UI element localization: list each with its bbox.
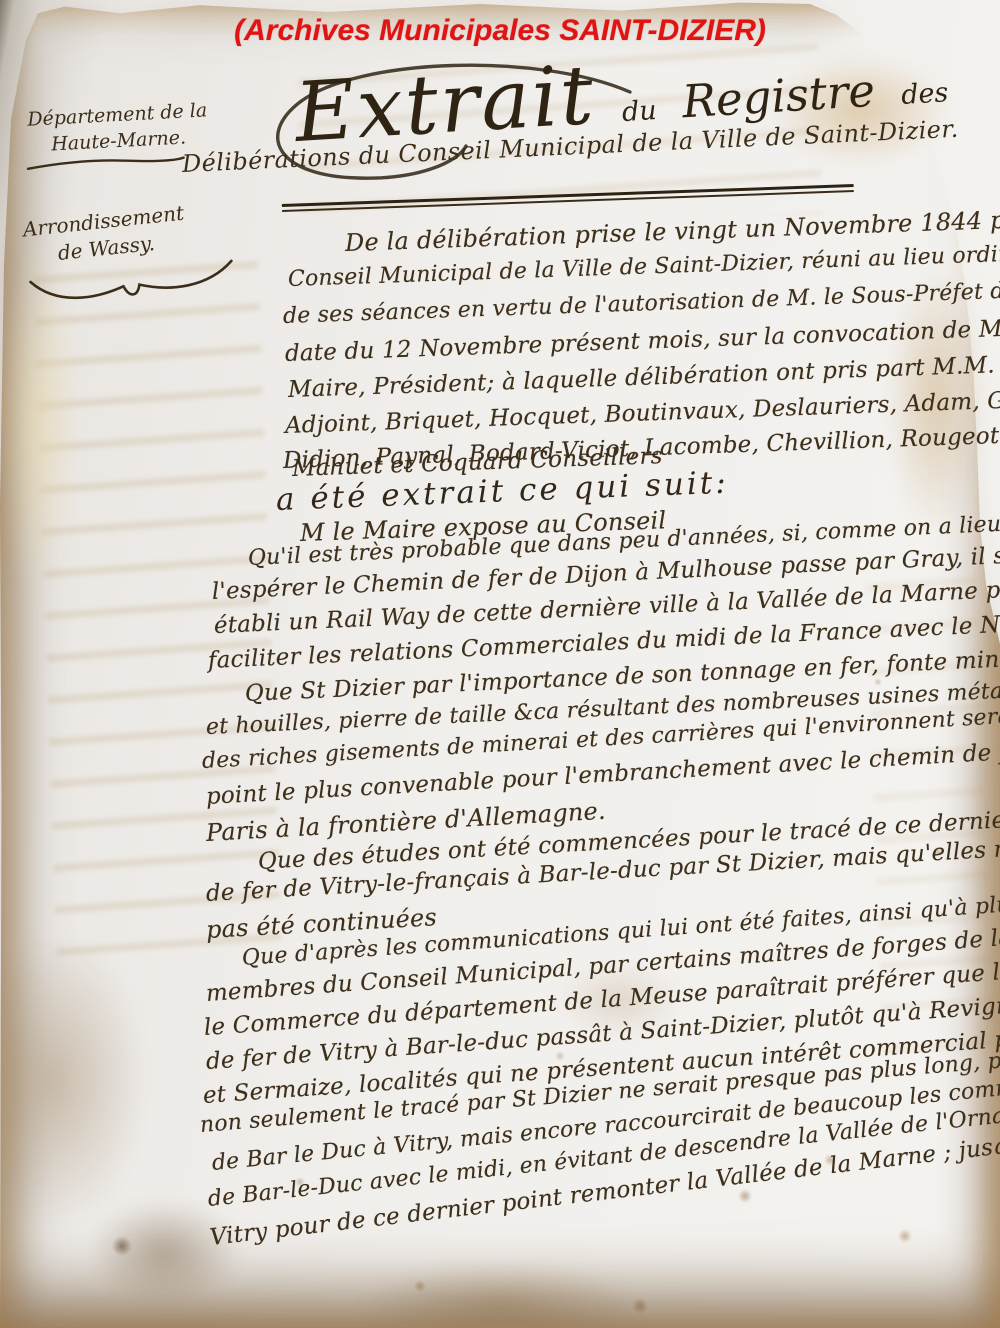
title-word-du: du [621,95,658,128]
title-word-des: des [900,77,949,111]
title-word-registre: Registre [681,64,877,129]
photo-backdrop: (Archives Municipales SAINT-DIZIER) Dépa… [0,0,1000,1328]
